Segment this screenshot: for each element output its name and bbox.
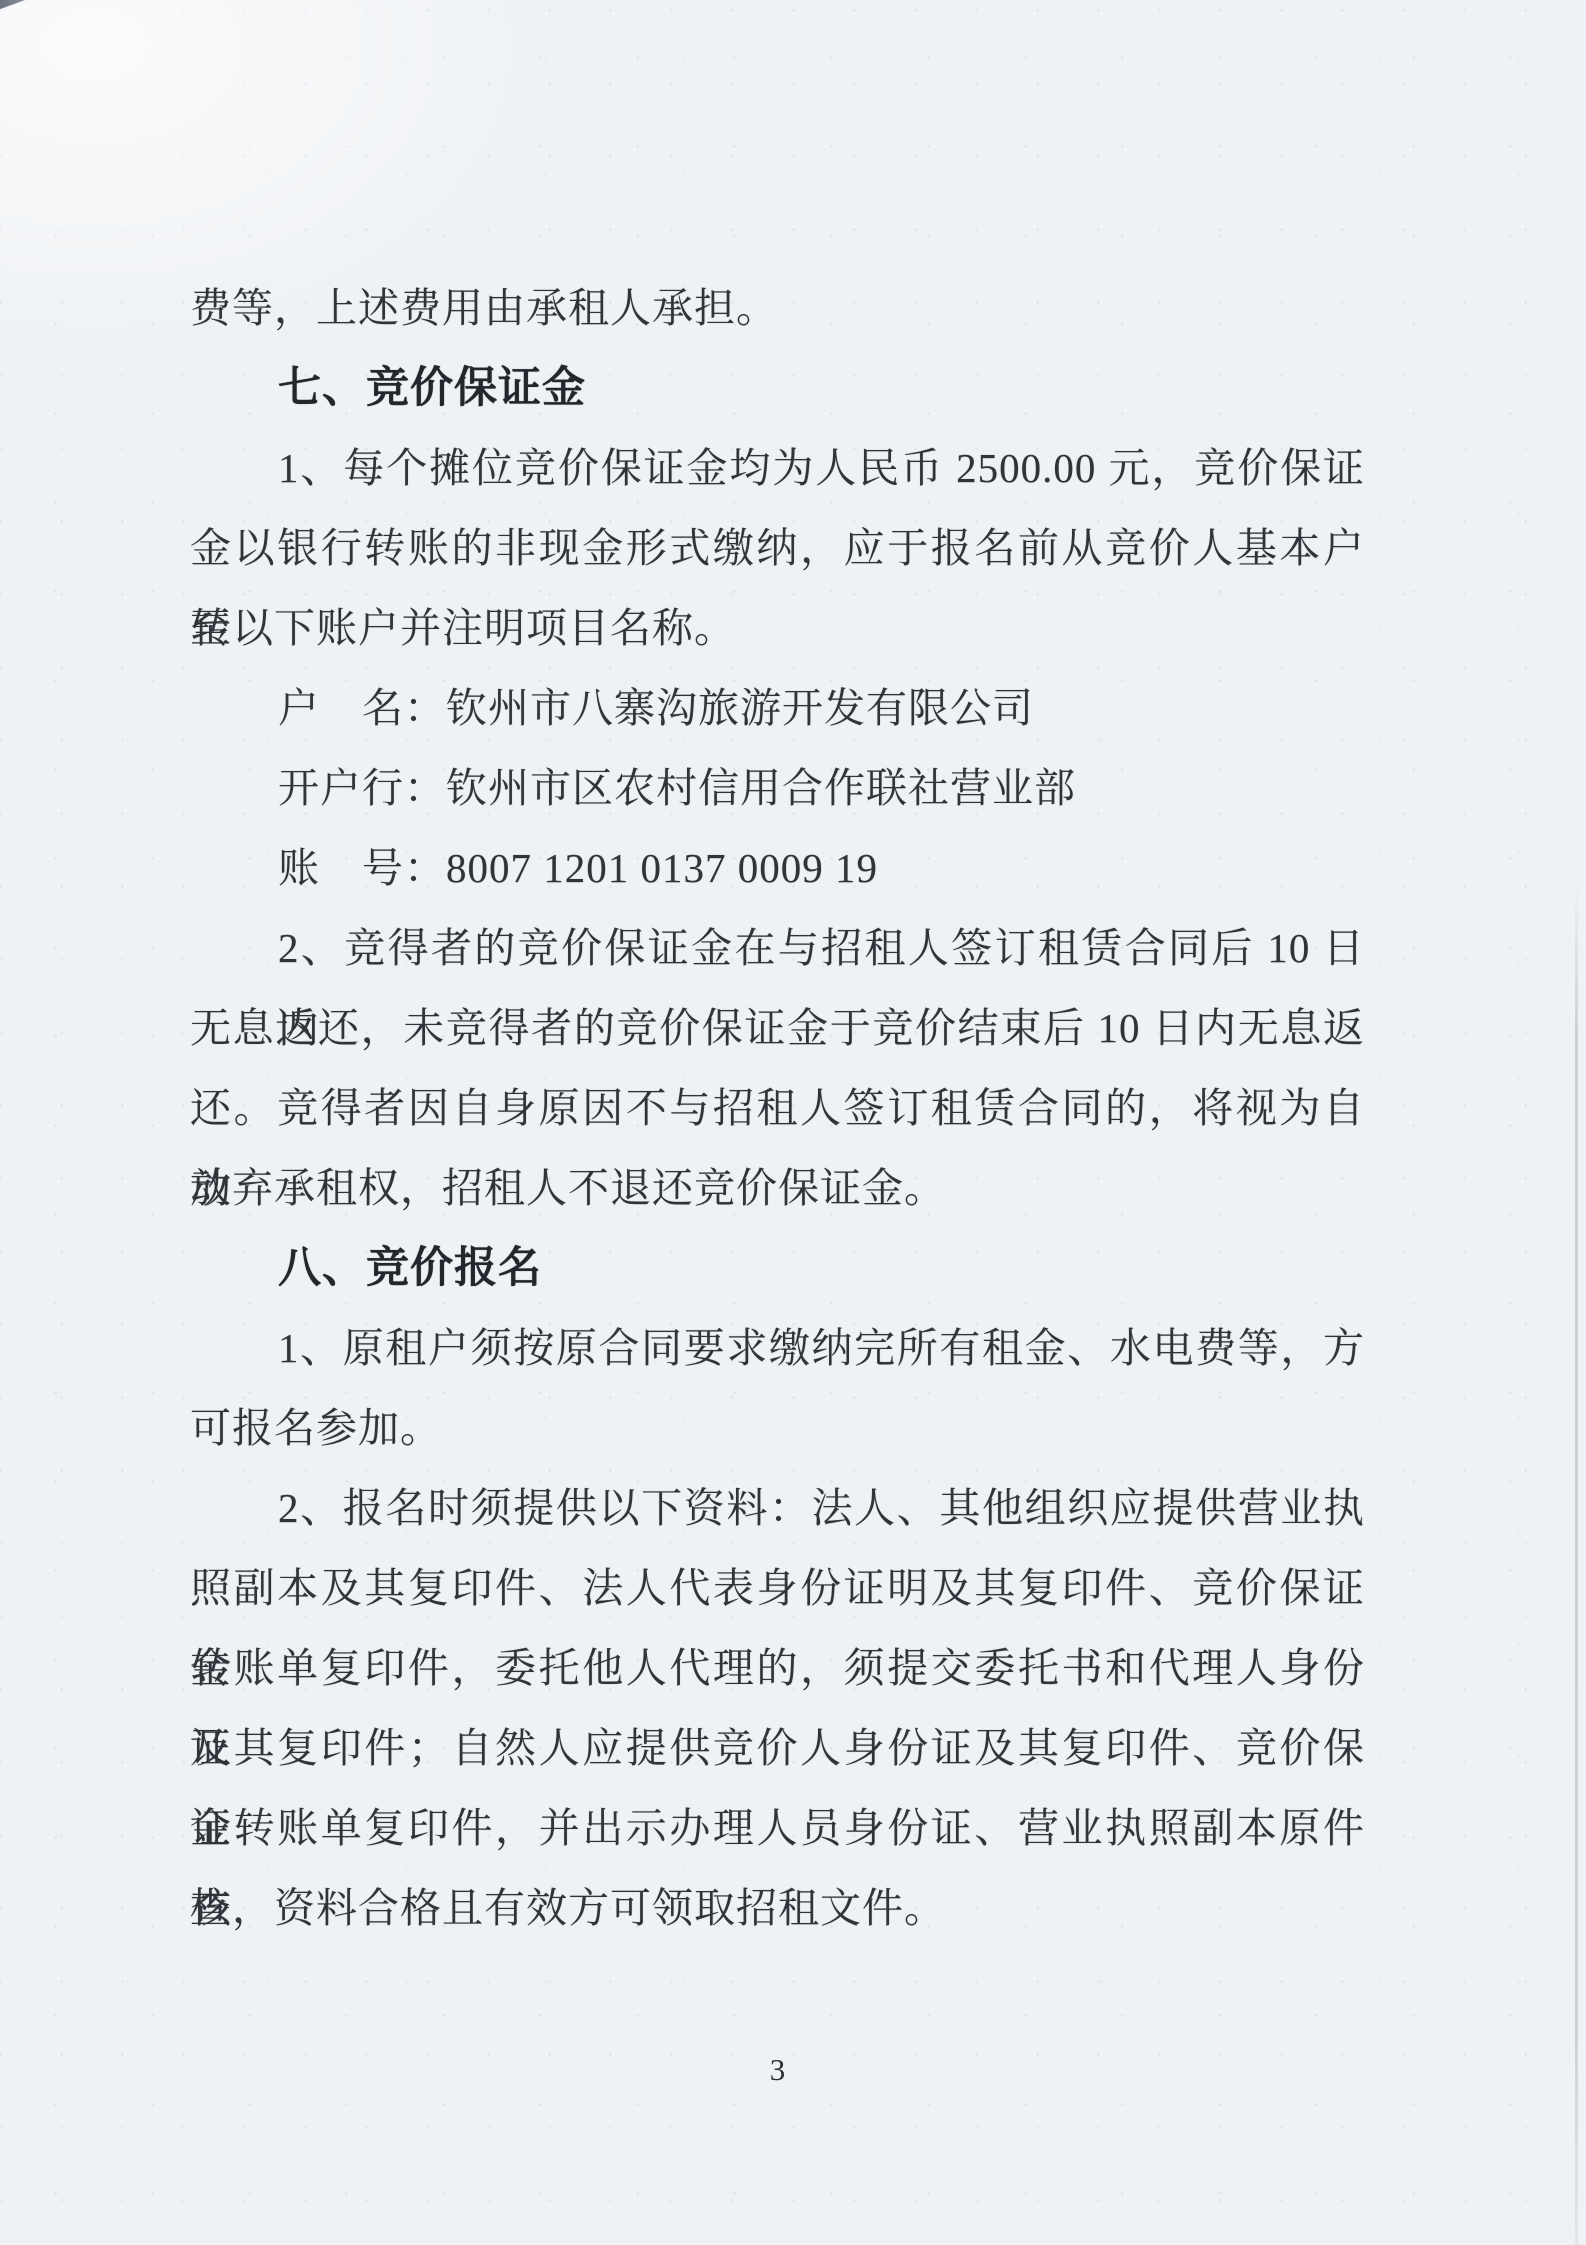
text-line: 1、每个摊位竞价保证金均为人民币 2500.00 元，竞价保证 — [190, 428, 1365, 508]
text-line: 可报名参加。 — [190, 1388, 1365, 1468]
scan-right-edge-shadow — [1575, 880, 1578, 2245]
document-body: 费等，上述费用由承租人承担。七、竞价保证金1、每个摊位竞价保证金均为人民币 25… — [190, 268, 1365, 1948]
text-line: 放弃承租权，招租人不退还竞价保证金。 — [190, 1148, 1365, 1228]
text-line: 无息返还，未竞得者的竞价保证金于竞价结束后 10 日内无息返 — [190, 988, 1365, 1068]
text-line: 照副本及其复印件、法人代表身份证明及其复印件、竞价保证金 — [190, 1548, 1365, 1628]
text-line: 户 名：钦州市八寨沟旅游开发有限公司 — [190, 668, 1365, 748]
text-line: 账 号：8007 1201 0137 0009 19 — [190, 828, 1365, 908]
text-line: 2、报名时须提供以下资料：法人、其他组织应提供营业执 — [190, 1468, 1365, 1548]
text-line: 1、原租户须按原合同要求缴纳完所有租金、水电费等，方 — [190, 1308, 1365, 1388]
page-number: 3 — [190, 2052, 1365, 2088]
text-line: 费等，上述费用由承租人承担。 — [190, 268, 1365, 348]
text-line: 至以下账户并注明项目名称。 — [190, 588, 1365, 668]
text-line: 金以银行转账的非现金形式缴纳，应于报名前从竞价人基本户转 — [190, 508, 1365, 588]
text-line: 开户行：钦州市区农村信用合作联社营业部 — [190, 748, 1365, 828]
text-line: 查，资料合格且有效方可领取招租文件。 — [190, 1868, 1365, 1948]
section-heading: 八、竞价报名 — [190, 1228, 1365, 1308]
text-line: 2、竞得者的竞价保证金在与招租人签订租赁合同后 10 日内 — [190, 908, 1365, 988]
text-line: 还。竞得者因自身原因不与招租人签订租赁合同的，将视为自动 — [190, 1068, 1365, 1148]
text-line: 金转账单复印件，并出示办理人员身份证、营业执照副本原件核 — [190, 1788, 1365, 1868]
document-page: 费等，上述费用由承租人承担。七、竞价保证金1、每个摊位竞价保证金均为人民币 25… — [0, 0, 1586, 2245]
section-heading: 七、竞价保证金 — [190, 348, 1365, 428]
scan-corner-fold-artifact — [0, 0, 82, 11]
text-line: 转账单复印件，委托他人代理的，须提交委托书和代理人身份证 — [190, 1628, 1365, 1708]
text-line: 及其复印件；自然人应提供竞价人身份证及其复印件、竞价保证 — [190, 1708, 1365, 1788]
